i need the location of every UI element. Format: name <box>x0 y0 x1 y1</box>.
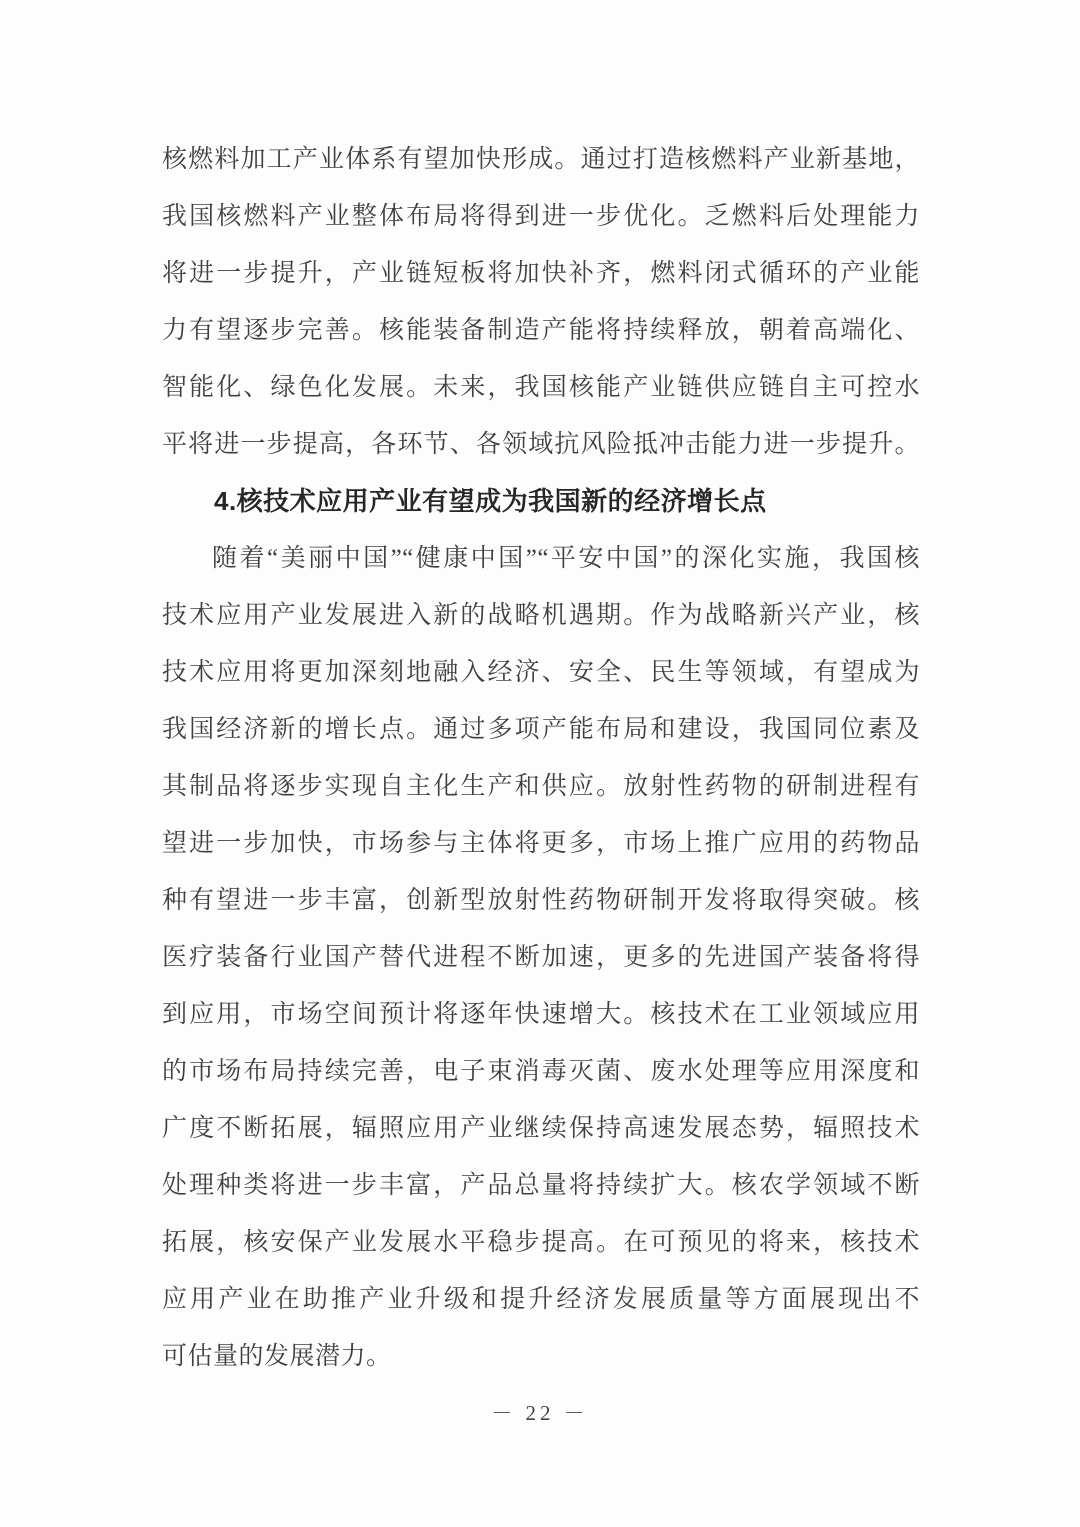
body-line: 应用产业在助推产业升级和提升经济发展质量等方面展现出不 <box>162 1271 920 1328</box>
body-line: 力有望逐步完善。核能装备制造产能将持续释放，朝着高端化、 <box>162 302 920 359</box>
body-line: 可估量的发展潜力。 <box>162 1328 920 1385</box>
body-line: 技术应用产业发展进入新的战略机遇期。作为战略新兴产业，核 <box>162 587 920 644</box>
body-line: 望进一步加快，市场参与主体将更多，市场上推广应用的药物品 <box>162 815 920 872</box>
body-line: 平将进一步提高，各环节、各领域抗风险抵冲击能力进一步提升。 <box>162 416 920 473</box>
body-line: 智能化、绿色化发展。未来，我国核能产业链供应链自主可控水 <box>162 359 920 416</box>
document-page: 核燃料加工产业体系有望加快形成。通过打造核燃料产业新基地， 我国核燃料产业整体布… <box>0 0 1080 1527</box>
body-line: 我国经济新的增长点。通过多项产能布局和建设，我国同位素及 <box>162 701 920 758</box>
body-line: 其制品将逐步实现自主化生产和供应。放射性药物的研制进程有 <box>162 758 920 815</box>
body-line: 种有望进一步丰富，创新型放射性药物研制开发将取得突破。核 <box>162 872 920 929</box>
body-line: 处理种类将进一步丰富，产品总量将持续扩大。核农学领域不断 <box>162 1157 920 1214</box>
body-line: 随着“美丽中国”“健康中国”“平安中国”的深化实施，我国核 <box>162 530 920 587</box>
section-heading: 4.核技术应用产业有望成为我国新的经济增长点 <box>162 473 920 530</box>
body-line: 技术应用将更加深刻地融入经济、安全、民生等领域，有望成为 <box>162 644 920 701</box>
page-number: － 22 － <box>0 1398 1080 1428</box>
body-line: 广度不断拓展，辐照应用产业继续保持高速发展态势，辐照技术 <box>162 1100 920 1157</box>
document-body: 核燃料加工产业体系有望加快形成。通过打造核燃料产业新基地， 我国核燃料产业整体布… <box>162 131 920 1385</box>
body-line: 的市场布局持续完善，电子束消毒灭菌、废水处理等应用深度和 <box>162 1043 920 1100</box>
body-line: 拓展，核安保产业发展水平稳步提高。在可预见的将来，核技术 <box>162 1214 920 1271</box>
body-line: 到应用，市场空间预计将逐年快速增大。核技术在工业领域应用 <box>162 986 920 1043</box>
body-line: 核燃料加工产业体系有望加快形成。通过打造核燃料产业新基地， <box>162 131 920 188</box>
body-line: 我国核燃料产业整体布局将得到进一步优化。乏燃料后处理能力 <box>162 188 920 245</box>
body-line: 医疗装备行业国产替代进程不断加速，更多的先进国产装备将得 <box>162 929 920 986</box>
body-line: 将进一步提升，产业链短板将加快补齐，燃料闭式循环的产业能 <box>162 245 920 302</box>
